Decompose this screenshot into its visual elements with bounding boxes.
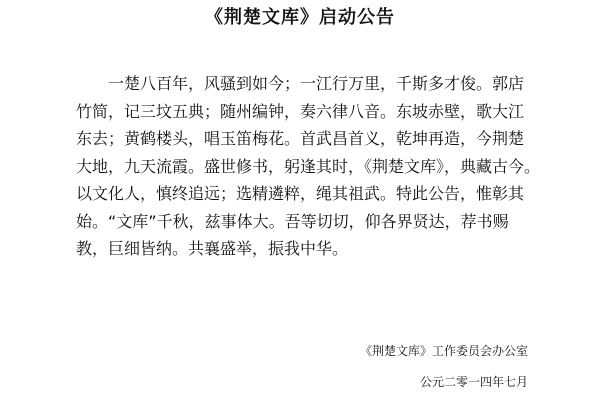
signature-organization: 《荆楚文库》工作委员会办公室 — [360, 343, 528, 359]
body-line: 始。“文库”千秋，兹事体大。吾等切切，仰各界贤达，荐书赐 — [76, 208, 532, 236]
body-line: 竹简，记三坟五典；随州编钟，奏六律八音。东坡赤壁，歌大江 — [76, 98, 532, 126]
body-line: 教，巨细皆纳。共襄盛举，振我中华。 — [76, 235, 532, 263]
announcement-body: 一楚八百年，风骚到如今；一江行万里，千斯多才俊。郭店 竹简，记三坟五典；随州编钟… — [76, 70, 532, 263]
body-line: 一楚八百年，风骚到如今；一江行万里，千斯多才俊。郭店 — [76, 70, 532, 98]
body-line: 大地，九天流霞。盛世修书，躬逢其时，《荆楚文库》，典藏古今。 — [76, 153, 532, 181]
body-line: 以文化人，慎终追远；选精遴粹，绳其祖武。特此公告，惟彰其 — [76, 180, 532, 208]
document-title: 《荆楚文库》启动公告 — [0, 6, 600, 30]
body-line: 东去；黄鹤楼头，唱玉笛梅花。首武昌首义，乾坤再造，今荆楚 — [76, 125, 532, 153]
signature-date: 公元二零一四年七月 — [420, 374, 528, 390]
